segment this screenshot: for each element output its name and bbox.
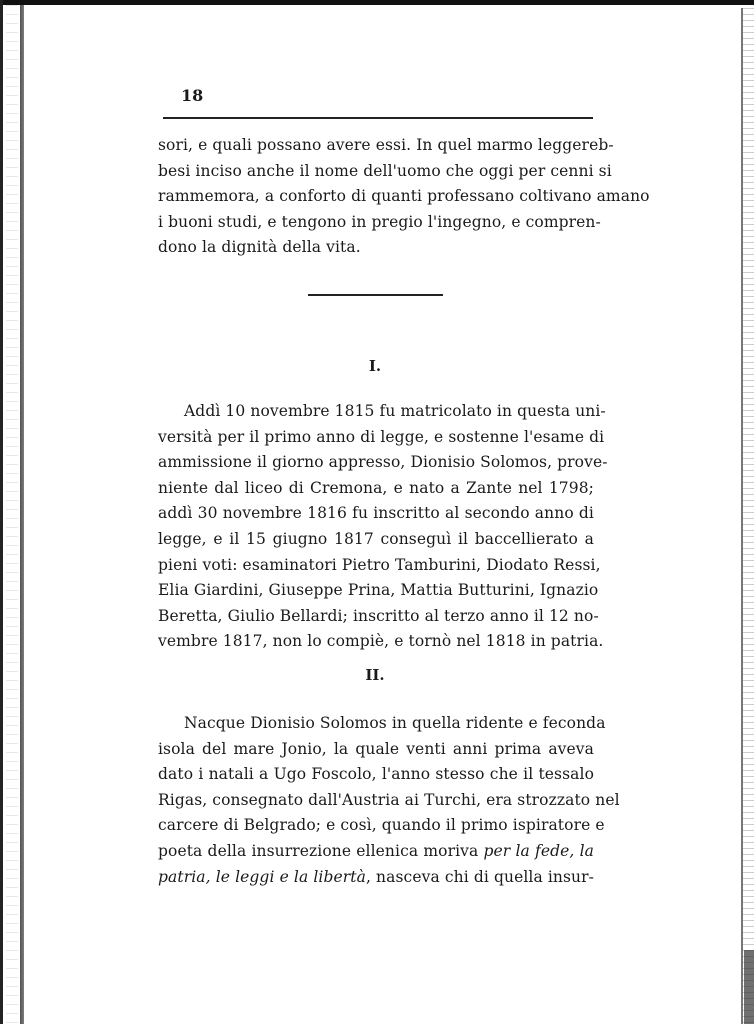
text-line-mixed: patria, le leggi e la libertà, nasceva c… [158,865,594,891]
text-line: pieni voti: esaminatori Pietro Tamburini… [158,553,594,579]
scan-left-speckle [6,5,18,1024]
scan-right-speckle [743,8,754,1024]
text-line: isola del mare Jonio, la quale venti ann… [158,737,594,763]
italic-quote: patria, le leggi e la libertà [158,868,366,886]
text-line: ammissione il giorno appresso, Dionisio … [158,450,594,476]
text-line-mixed: poeta della insurrezione ellenica moriva… [158,839,594,865]
text-line: vembre 1817, non lo compiè, e tornò nel … [158,629,594,655]
section-1-paragraph: Addì 10 novembre 1815 fu matricolato in … [158,399,594,655]
header-rule [163,117,593,119]
section-separator-rule [308,294,443,296]
plain-text: , nasceva chi di quella insur- [366,868,594,886]
scan-right-shadow [744,950,754,1024]
italic-quote: per la fede, la [484,842,594,860]
section-heading-2: II. [0,666,752,684]
section-heading-1: I. [0,357,752,375]
text-line: Nacque Dionisio Solomos in quella rident… [158,711,594,737]
scan-top-edge [0,0,754,5]
text-line: Rigas, consegnato dall'Austria ai Turchi… [158,788,594,814]
text-line: carcere di Belgrado; e così, quando il p… [158,813,594,839]
text-line: versità per il primo anno di legge, e so… [158,425,594,451]
text-line: i buoni studi, e tengono in pregio l'ing… [158,210,594,236]
text-line: legge, e il 15 giugno 1817 conseguì il b… [158,527,594,553]
text-line: sori, e quali possano avere essi. In que… [158,133,594,159]
text-line: dono la dignità della vita. [158,235,594,261]
text-line: dato i natali a Ugo Foscolo, l'anno stes… [158,762,594,788]
plain-text: poeta della insurrezione ellenica moriva [158,842,484,860]
page-number: 18 [181,86,203,105]
text-line: Addì 10 novembre 1815 fu matricolato in … [158,399,594,425]
page-binding-edge [20,5,24,1024]
text-line: Elia Giardini, Giuseppe Prina, Mattia Bu… [158,578,594,604]
continuation-paragraph: sori, e quali possano avere essi. In que… [158,133,594,261]
scan-left-edge [0,0,3,1024]
text-line: rammemora, a conforto di quanti professa… [158,184,594,210]
text-line: niente dal liceo di Cremona, e nato a Za… [158,476,594,502]
section-2-paragraph: Nacque Dionisio Solomos in quella rident… [158,711,594,890]
text-line: Beretta, Giulio Bellardi; inscritto al t… [158,604,594,630]
text-line: besi inciso anche il nome dell'uomo che … [158,159,594,185]
text-line: addì 30 novembre 1816 fu inscritto al se… [158,501,594,527]
